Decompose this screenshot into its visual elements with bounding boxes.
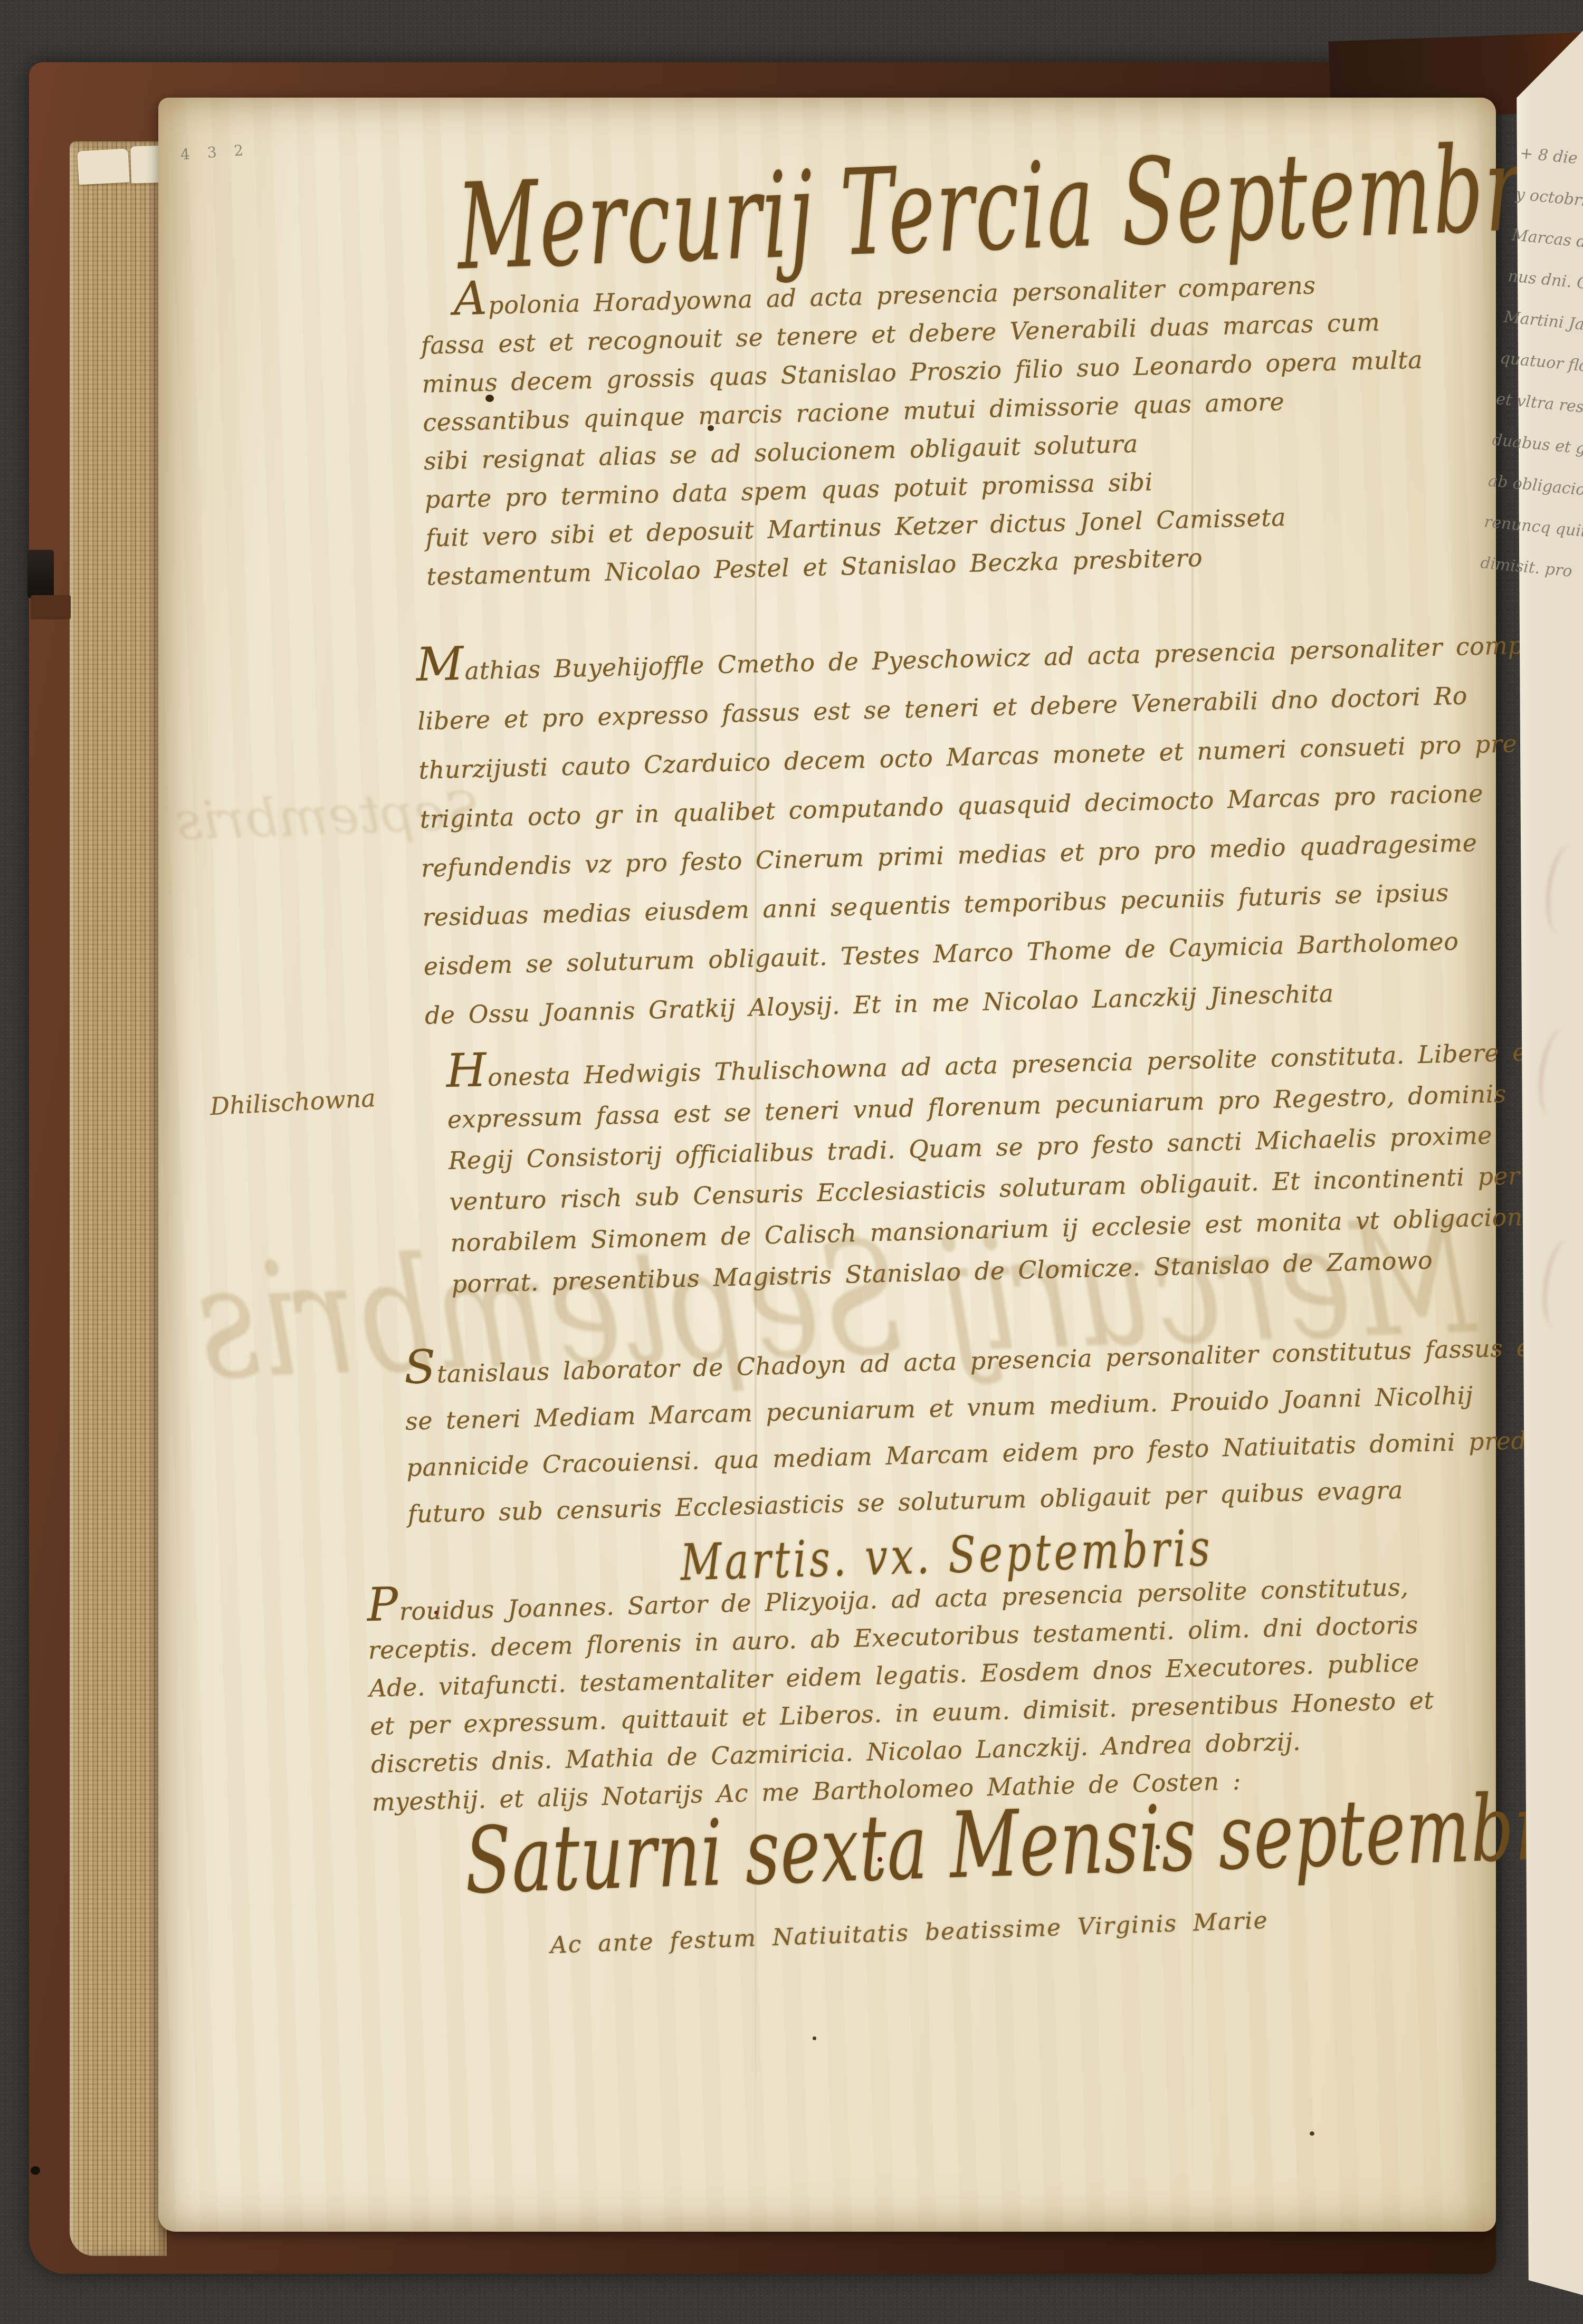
entry-paragraph-2: Mathias Buyehijoffle Cmetho de Pyeschowi…: [416, 619, 1583, 1040]
entry-paragraph-3: Honesta Hedwigis Thulischowna ad acta pr…: [446, 1029, 1583, 1305]
protruding-page-edge: [77, 149, 129, 185]
ink-speck: [1310, 2131, 1314, 2136]
ink-speck: [1156, 1845, 1160, 1849]
ink-blot: [708, 425, 714, 431]
page-edge-stack: [70, 141, 167, 2256]
entry-paragraph-4: Stanislaus laborator de Chadoyn ad acta …: [404, 1323, 1575, 1537]
ink-blot: [485, 395, 494, 402]
ink-speck: [813, 2036, 816, 2040]
ink-speck: [878, 1857, 882, 1862]
ink-speck: [434, 1611, 438, 1614]
leather-hole: [31, 2166, 40, 2175]
entry-paragraph-1: Apolonia Horadyowna ad acta presencia pe…: [419, 262, 1428, 596]
binding-clasp-rust: [31, 595, 71, 619]
binding-clasp: [27, 550, 54, 598]
manuscript-photograph: Septembris Mercurij Septembris 4 3 2 Mer…: [0, 0, 1583, 2324]
